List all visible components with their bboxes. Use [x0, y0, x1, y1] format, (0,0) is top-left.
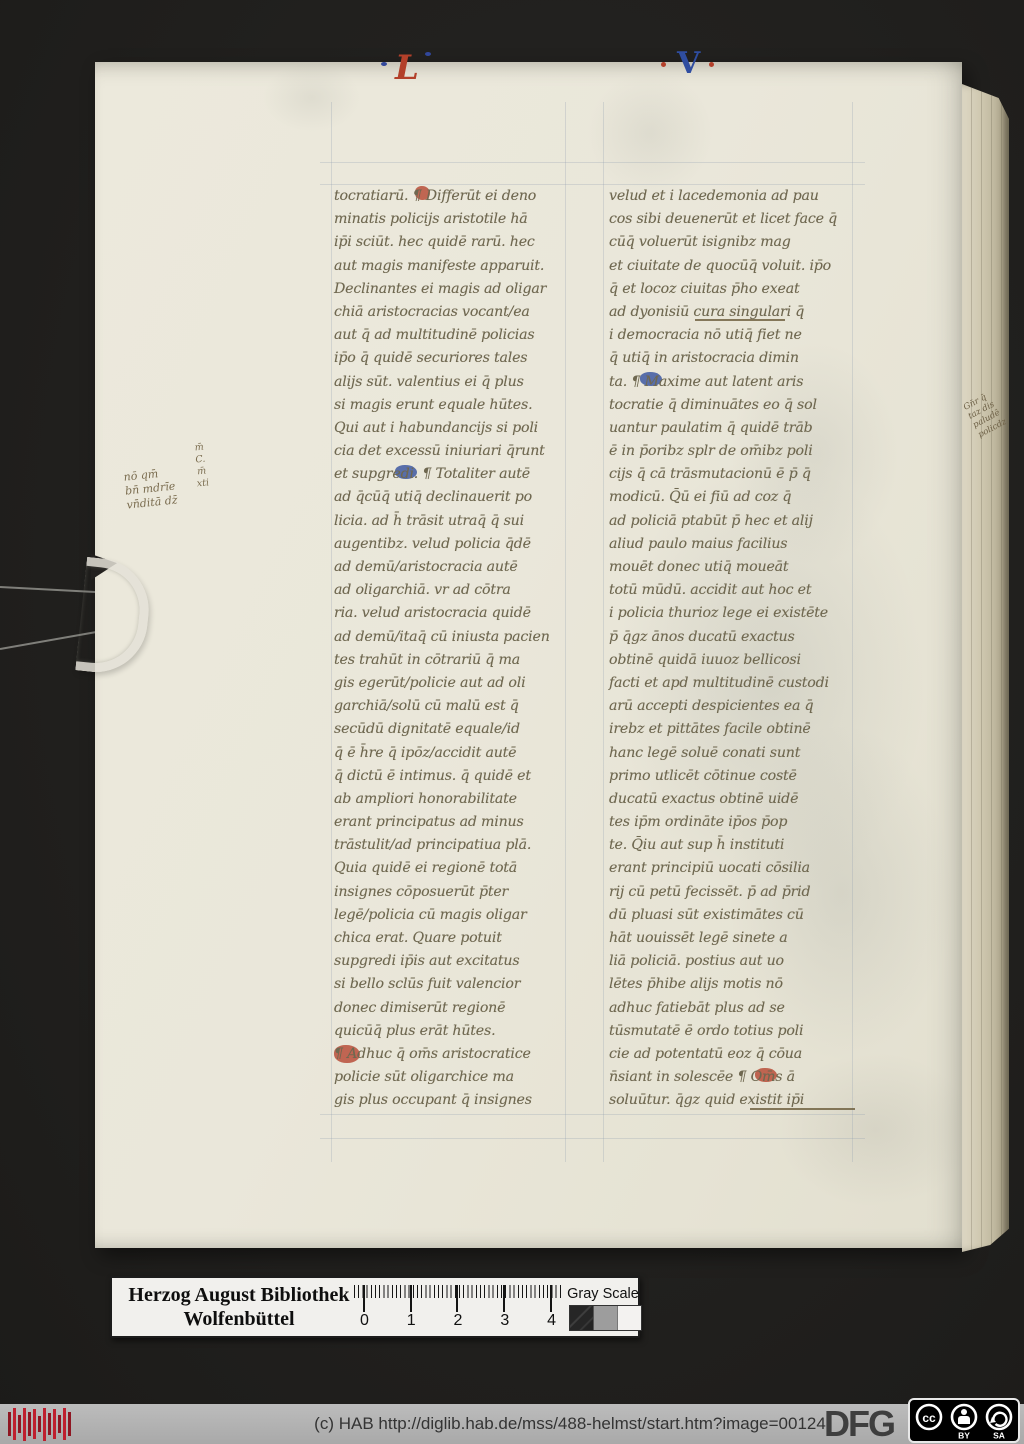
text-line: aut q̄ ad multitudinē policias [334, 324, 572, 347]
text-line: gis plus occupant q̄ insignes [334, 1089, 572, 1112]
text-line: 3 [481, 1312, 528, 1330]
text-line: q̄ et locoz ciuitas p̄ho exeat [609, 278, 847, 301]
text-line: legē/policia cū magis oligar [334, 904, 572, 927]
text-line: tocratiarū. ¶ Differūt ei deno [334, 185, 572, 208]
text-line: chica erat. Quare potuit [334, 927, 572, 950]
text-line: mouēt donec utiq̄ moueāt [609, 556, 847, 579]
running-title-letter-left: L [395, 48, 419, 88]
ruler-fine-ticks [354, 1285, 562, 1298]
ruling-line [320, 162, 865, 163]
text-line: ad oligarchiā. vr ad cōtra [334, 579, 572, 602]
cc-sa-text: SA [993, 1431, 1005, 1441]
ruling-line [320, 1114, 865, 1115]
text-line: cos sibi deuenerūt et licet face q̄ [609, 208, 847, 231]
text-line: lētes p̄hibe alijs motis nō [609, 973, 847, 996]
page-holder-clip [75, 557, 154, 677]
text-line: ip̄o q̄ quidē securiores tales [334, 347, 572, 370]
ruling-line [852, 102, 853, 1162]
text-line: minatis policijs aristotile hā [334, 208, 572, 231]
text-line: cie ad potentatū eoz q̄ cōua [609, 1043, 847, 1066]
text-line: et supgredi. ¶ Totaliter autē [334, 463, 572, 486]
text-line: cūq̄ voluerūt isignibz mag [609, 231, 847, 254]
ruler-major-tick [550, 1285, 552, 1312]
text-line: alijs sūt. valentius ei q̄ plus [334, 371, 572, 394]
text-line: ad policiā ptabūt p̄ hec et alij [609, 510, 847, 533]
institution-name: Herzog August Bibliothek Wolfenbüttel [120, 1283, 358, 1331]
text-line: xti [196, 477, 209, 490]
text-line: 2 [435, 1312, 482, 1330]
text-line: 1 [388, 1312, 435, 1330]
text-line: totū mūdū. accidit aut hoc et [609, 579, 847, 602]
text-line: modicū. Q̄ū ei fiū ad coz q̄ [609, 486, 847, 509]
dfg-logo: DFG [824, 1403, 894, 1444]
book-fore-edge [962, 84, 1009, 1252]
margin-annotation: nō qm̄bn̄ mdrīevn̄ditā dz̄ [123, 465, 178, 511]
text-line: C. [194, 453, 207, 466]
text-line: tes trahūt in cōtrariū q̄ ma [334, 649, 572, 672]
ruling-line [603, 102, 604, 1162]
text-line: tocratie q̄ diminuātes eo q̄ sol [609, 394, 847, 417]
text-line: aliud paulo maius facilius [609, 533, 847, 556]
text-line: irebz et pittātes facile obtinē [609, 718, 847, 741]
text-line: secūdū dignitatē equale/id [334, 718, 572, 741]
text-line: garchiā/solū cū malū est q̄ [334, 695, 572, 718]
text-line: ad q̄cūq̄ utiq̄ declinauerit po [334, 486, 572, 509]
text-line: uantur paulatim q̄ quidē trāb [609, 417, 847, 440]
text-line: ¶ Adhuc q̄ om̄s aristocratice [334, 1043, 572, 1066]
ruler-major-tick [503, 1285, 505, 1312]
cc-license-badge: cc BY SA [908, 1398, 1020, 1443]
text-line: Qui aut i habundancijs si poli [334, 417, 572, 440]
cc-by-sa-icons: cc BY SA [912, 1402, 1016, 1440]
swatch-mid [593, 1306, 617, 1330]
text-line: i policia thurioz lege ei existēte [609, 602, 847, 625]
text-line: ab ampliori honorabilitate [334, 788, 572, 811]
text-line: aut magis manifeste apparuit. [334, 255, 572, 278]
cc-by-text: BY [958, 1431, 970, 1441]
institution-line1: Herzog August Bibliothek [120, 1283, 358, 1307]
text-line: ad demū/itaq̄ cū iniusta pacien [334, 626, 572, 649]
text-line: ē in p̄oribz splr de om̄ibz poli [609, 440, 847, 463]
caption-bar: (c) HAB http://diglib.hab.de/mss/488-hel… [0, 1404, 1024, 1444]
text-line: soluūtur. q̄gz quid existit ip̄i [609, 1089, 847, 1112]
ruling-line [331, 102, 332, 1162]
text-line: trāstulit/ad principatiua plā. [334, 834, 572, 857]
text-line: Quia quidē ei regionē totā [334, 857, 572, 880]
text-line: hāt uouissēt legē sinete a [609, 927, 847, 950]
margin-annotation-mark: m̄C.m̄xti [193, 441, 210, 490]
text-line: te. Q̄iu aut sup h̄ instituti [609, 834, 847, 857]
text-line: adhuc fatiebāt plus ad se [609, 997, 847, 1020]
ruler-major-tick [410, 1285, 412, 1312]
text-line: p̄ q̄gz ānos ducatū exactus [609, 626, 847, 649]
text-line: donec dimiserūt regionē [334, 997, 572, 1020]
running-title-letter-right: V [677, 46, 700, 81]
text-line: erant principatus ad minus [334, 811, 572, 834]
text-line: velud et i lacedemonia ad pau [609, 185, 847, 208]
text-line: cijs q̄ cā trāsmutacionū ē p̄ q̄ [609, 463, 847, 486]
text-line: n̄siant in solescēe ¶ Om̄s ā [609, 1066, 847, 1089]
text-line: supgredi ip̄is aut excitatus [334, 950, 572, 973]
text-line: tūsmutatē ē ordo totius poli [609, 1020, 847, 1043]
text-line: primo utlicēt cōtinue costē [609, 765, 847, 788]
gray-scale-reference-card: Herzog August Bibliothek Wolfenbüttel 01… [110, 1276, 640, 1338]
text-column-right: velud et i lacedemonia ad paucos sibi de… [609, 185, 847, 1113]
text-line: augentibz. velud policia q̄dē [334, 533, 572, 556]
gray-scale-label: Gray Scale [567, 1286, 639, 1302]
text-line: 0 [341, 1312, 388, 1330]
text-line: licia. ad h̄ trāsit utraq̄ q̄ sui [334, 510, 572, 533]
ruler-numbers: 01234 [341, 1312, 575, 1330]
institution-line2: Wolfenbüttel [120, 1307, 358, 1331]
text-line: hanc legē soluē conati sunt [609, 742, 847, 765]
svg-text:cc: cc [922, 1411, 936, 1425]
text-line: Declinantes ei magis ad oligar [334, 278, 572, 301]
text-line: gis egerūt/policie aut ad oli [334, 672, 572, 695]
text-line: si bello sclūs fuit valencior [334, 973, 572, 996]
copyright-caption: (c) HAB http://diglib.hab.de/mss/488-hel… [314, 1414, 826, 1434]
text-line: chiā aristocracias vocant/ea [334, 301, 572, 324]
text-line: i democracia nō utiq̄ fiet ne [609, 324, 847, 347]
text-line: q̄ dictū ē intimus. q̄ quidē et [334, 765, 572, 788]
text-line: q̄ utiq̄ in aristocracia dimin [609, 347, 847, 370]
text-line: liā policiā. postius aut uo [609, 950, 847, 973]
text-line: ad dyonisiū cura singulari q̄ [609, 301, 847, 324]
swatch-light [617, 1306, 641, 1330]
hab-logo-barcode [8, 1407, 73, 1441]
manuscript-page: L V tocratiarū. ¶ Differūt ei denominati… [95, 62, 962, 1248]
swatch-dark [570, 1306, 593, 1330]
digitized-manuscript-viewer: L V tocratiarū. ¶ Differūt ei denominati… [0, 0, 1024, 1444]
text-line: si magis erunt equale hūtes. [334, 394, 572, 417]
text-line: insignes cōposuerūt p̄ter [334, 881, 572, 904]
text-line: erant principiū uocati cōsilia [609, 857, 847, 880]
text-line: arū accepti despicientes ea q̄ [609, 695, 847, 718]
text-line: tes ip̄m ordināte ip̄os p̄op [609, 811, 847, 834]
text-line: facti et apd multitudinē custodi [609, 672, 847, 695]
text-line: quicūq̄ plus erāt hūtes. [334, 1020, 572, 1043]
text-line: ria. velud aristocracia quidē [334, 602, 572, 625]
text-line: policie sūt oligarchice ma [334, 1066, 572, 1089]
text-line: q̄ ē h̄re q̄ ipōz/accidit autē [334, 742, 572, 765]
text-line: rij cū petū fecissēt. p̄ ad p̄rid [609, 881, 847, 904]
ruling-line [320, 1138, 865, 1139]
text-line: 4 [528, 1312, 575, 1330]
text-column-left: tocratiarū. ¶ Differūt ei denominatis po… [334, 185, 572, 1113]
text-line: ip̄i sciūt. hec quidē rarū. hec [334, 231, 572, 254]
text-line: obtinē quidā iuuoz bellicosi [609, 649, 847, 672]
text-line: et ciuitate de quocūq̄ voluit. ip̄o [609, 255, 847, 278]
text-line: ad demū/aristocracia autē [334, 556, 572, 579]
text-line: ta. ¶ Maxime aut latent aris [609, 371, 847, 394]
text-line: dū pluasi sūt existimātes cū [609, 904, 847, 927]
text-line: cia det excessū iniuriari q̄runt [334, 440, 572, 463]
gray-scale-swatches [569, 1305, 642, 1331]
text-line: m̄ [195, 465, 208, 478]
ruler-major-tick [363, 1285, 365, 1312]
text-line: ducatū exactus obtinē uidē [609, 788, 847, 811]
ruler-major-tick [456, 1285, 458, 1312]
